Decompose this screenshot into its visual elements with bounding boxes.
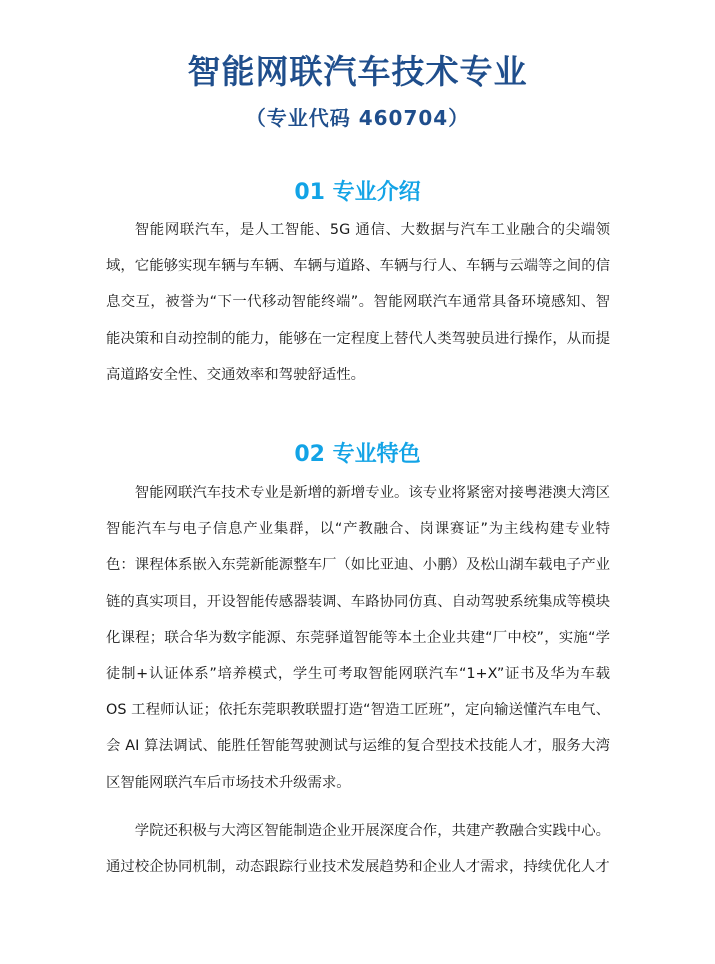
section-heading-features: 02 专业特色 <box>0 440 715 470</box>
section-features-paragraph-2: 学院还积极与大湾区智能制造企业开展深度合作，共建产教融合实践中心。通过校企协同机… <box>106 813 610 885</box>
major-code-subtitle: （专业代码 460704） <box>0 104 715 132</box>
section-introduction-paragraph: 智能网联汽车，是人工智能、5G 通信、大数据与汽车工业融合的尖端领域，它能够实现… <box>106 212 610 393</box>
page-title: 智能网联汽车技术专业 <box>0 50 715 94</box>
document-page: 智能网联汽车技术专业 （专业代码 460704） 01 专业介绍 智能网联汽车，… <box>0 0 715 964</box>
section-heading-introduction: 01 专业介绍 <box>0 178 715 208</box>
section-features-paragraph-1: 智能网联汽车技术专业是新增的新增专业。该专业将紧密对接粤港澳大湾区智能汽车与电子… <box>106 475 610 801</box>
